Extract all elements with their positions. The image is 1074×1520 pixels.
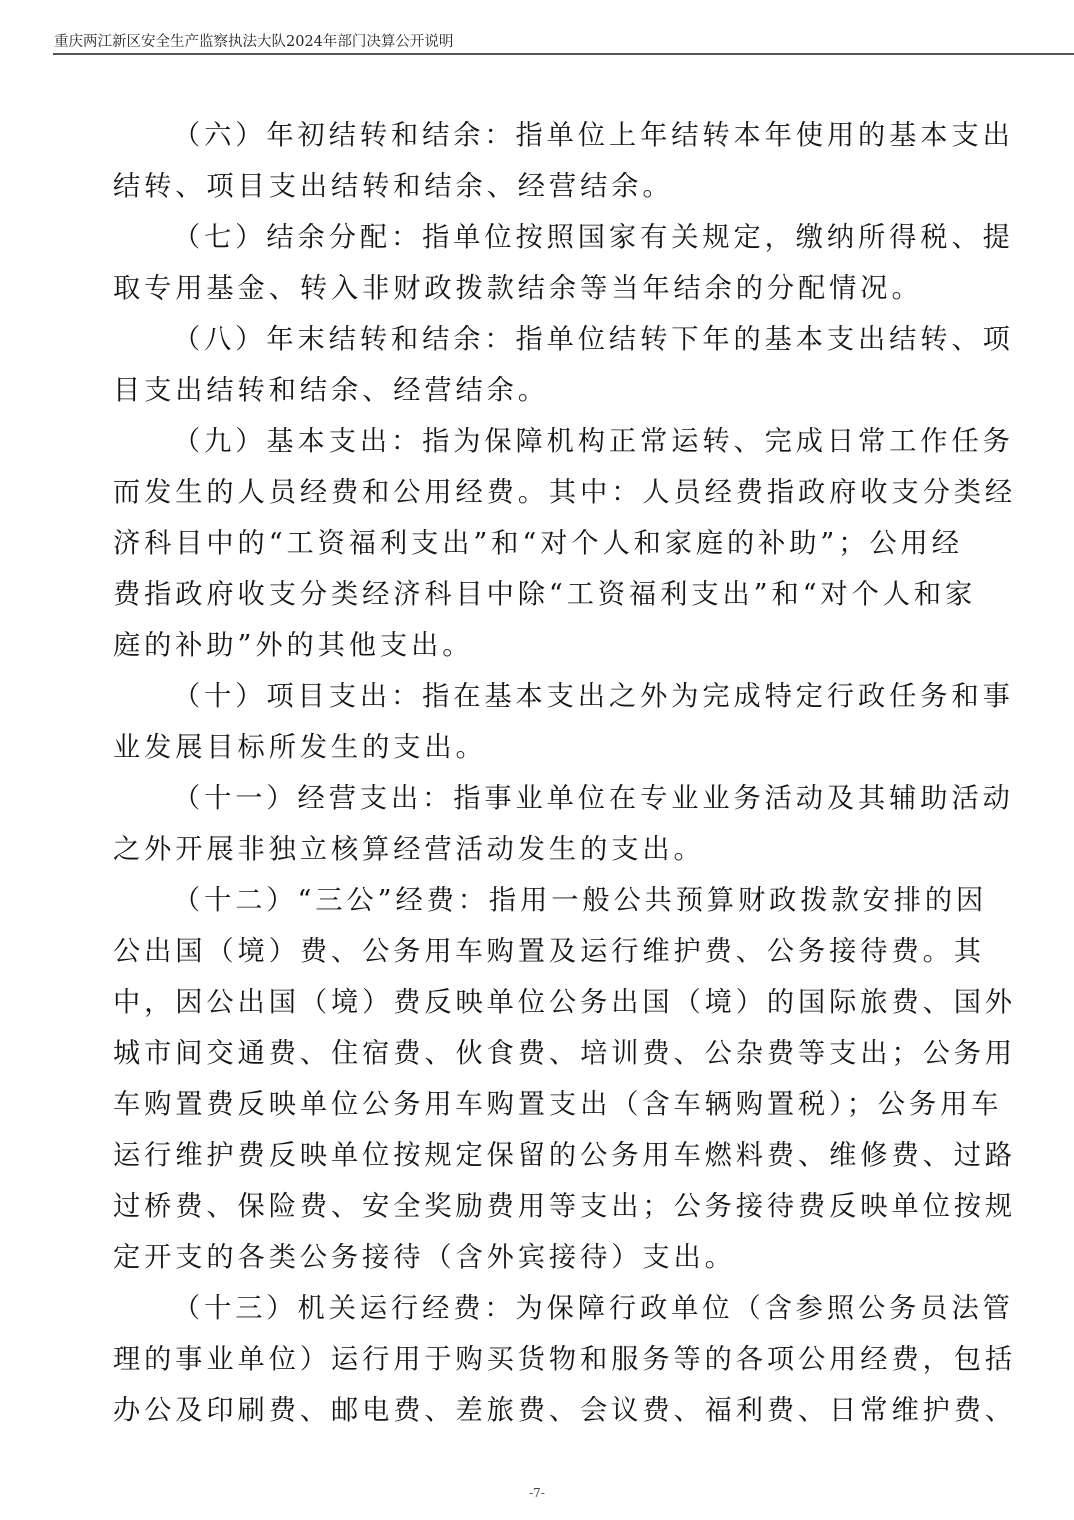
paragraph-line: 中，因公出国（境）费反映单位公务出国（境）的国际旅费、国外 bbox=[113, 977, 958, 1028]
paragraph-line: 而发生的人员经费和公用经费。其中：人员经费指政府收支分类经 bbox=[113, 467, 958, 518]
page-number: -7- bbox=[0, 1486, 1074, 1500]
paragraph-line: 业发展目标所发生的支出。 bbox=[113, 722, 958, 773]
paragraph-line: 结转、项目支出结转和结余、经营结余。 bbox=[113, 161, 958, 212]
paragraph-line: （十三）机关运行经费：为保障行政单位（含参照公务员法管 bbox=[113, 1283, 958, 1334]
paragraph-line: 费指政府收支分类经济科目中除“工资福利支出”和“对个人和家 bbox=[113, 569, 958, 620]
paragraph-line: （七）结余分配：指单位按照国家有关规定，缴纳所得税、提 bbox=[113, 212, 958, 263]
paragraph-line: 运行维护费反映单位按规定保留的公务用车燃料费、维修费、过路 bbox=[113, 1130, 958, 1181]
paragraph-line: 取专用基金、转入非财政拨款结余等当年结余的分配情况。 bbox=[113, 263, 958, 314]
paragraph-line: 之外开展非独立核算经营活动发生的支出。 bbox=[113, 824, 958, 875]
paragraph-line: 定开支的各类公务接待（含外宾接待）支出。 bbox=[113, 1232, 958, 1283]
paragraph-line: （六）年初结转和结余：指单位上年结转本年使用的基本支出 bbox=[113, 110, 958, 161]
paragraph-line: （十二）“三公”经费：指用一般公共预算财政拨款安排的因 bbox=[113, 875, 958, 926]
paragraph-line: 庭的补助”外的其他支出。 bbox=[113, 620, 958, 671]
paragraph-line: 济科目中的“工资福利支出”和“对个人和家庭的补助”；公用经 bbox=[113, 518, 958, 569]
paragraph-line: 办公及印刷费、邮电费、差旅费、会议费、福利费、日常维护费、 bbox=[113, 1385, 958, 1436]
document-header-title: 重庆两江新区安全生产监察执法大队2024年部门决算公开说明 bbox=[54, 30, 453, 51]
document-body: （六）年初结转和结余：指单位上年结转本年使用的基本支出 结转、项目支出结转和结余… bbox=[113, 110, 958, 1436]
header-divider bbox=[53, 53, 1074, 55]
paragraph-line: 城市间交通费、住宿费、伙食费、培训费、公杂费等支出；公务用 bbox=[113, 1028, 958, 1079]
paragraph-line: 理的事业单位）运行用于购买货物和服务等的各项公用经费，包括 bbox=[113, 1334, 958, 1385]
paragraph-line: 过桥费、保险费、安全奖励费用等支出；公务接待费反映单位按规 bbox=[113, 1181, 958, 1232]
paragraph-line: 公出国（境）费、公务用车购置及运行维护费、公务接待费。其 bbox=[113, 926, 958, 977]
paragraph-line: 车购置费反映单位公务用车购置支出（含车辆购置税）；公务用车 bbox=[113, 1079, 958, 1130]
paragraph-line: （十）项目支出：指在基本支出之外为完成特定行政任务和事 bbox=[113, 671, 958, 722]
paragraph-line: （八）年末结转和结余：指单位结转下年的基本支出结转、项 bbox=[113, 314, 958, 365]
paragraph-line: （十一）经营支出：指事业单位在专业业务活动及其辅助活动 bbox=[113, 773, 958, 824]
paragraph-line: （九）基本支出：指为保障机构正常运转、完成日常工作任务 bbox=[113, 416, 958, 467]
paragraph-line: 目支出结转和结余、经营结余。 bbox=[113, 365, 958, 416]
